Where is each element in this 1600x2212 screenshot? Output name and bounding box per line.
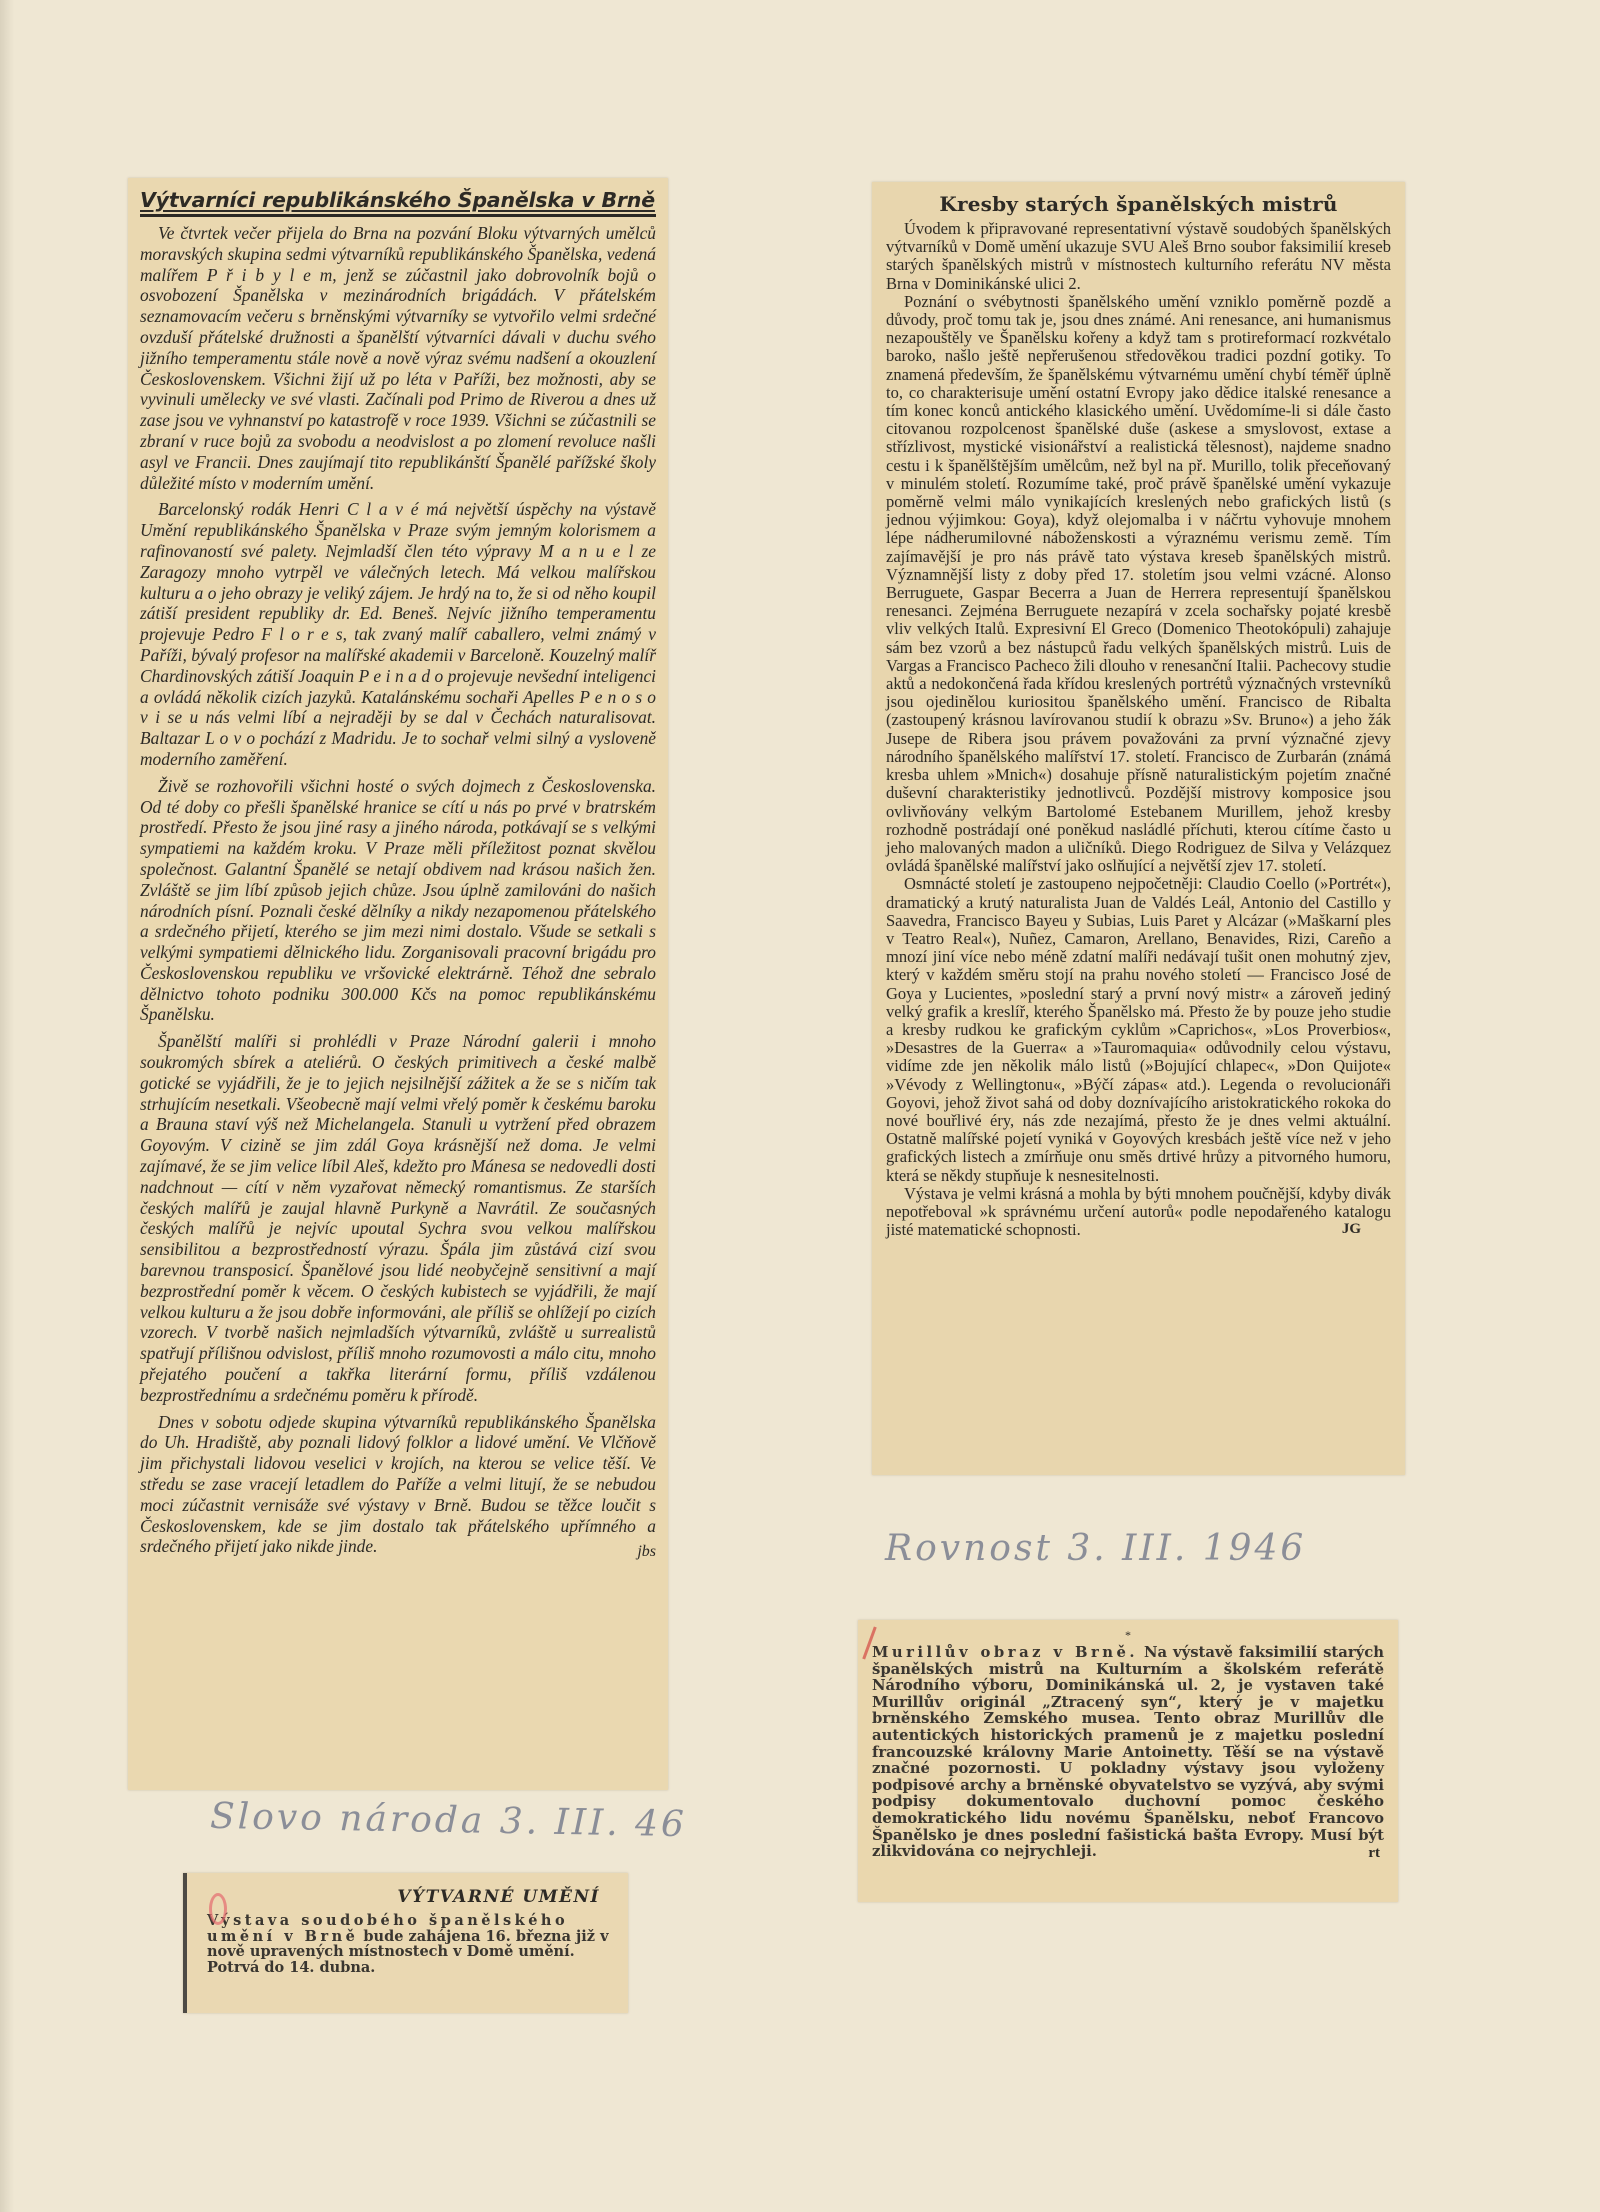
left-article-paragraph: Barcelonský rodák Henri C l a v é má nej… xyxy=(140,499,656,769)
red-pencil-mark-icon xyxy=(209,1893,227,1925)
small-clipping-headline: VÝTVARNÉ UMĚNÍ xyxy=(207,1887,600,1907)
left-article-paragraph: Živě se rozhovořili všichni hosté o svýc… xyxy=(140,776,656,1026)
right-article-headline: Kresby starých španělských mistrů xyxy=(886,192,1391,216)
right-article-paragraph: Osmnácté století je zastoupeno nejpočetn… xyxy=(886,875,1391,1184)
right-article-body: Úvodem k připravované representativní vý… xyxy=(886,220,1391,1239)
handwritten-source-slovo-naroda: Slovo národa 3. III. 46 xyxy=(210,1796,688,1845)
murillo-body: Murillův obraz v Brně. Na výstavě faksim… xyxy=(872,1645,1384,1861)
murillo-lead: Murillův obraz v Brně. xyxy=(872,1644,1138,1661)
separator-asterisk: * xyxy=(872,1628,1384,1643)
left-article-body: Ve čtvrtek večer přijela do Brna na pozv… xyxy=(140,223,656,1557)
small-clipping-body: Výstava soudobého španělského umění v Br… xyxy=(207,1913,618,1975)
left-article-paragraph: Španělští malíři si prohlédli v Praze Ná… xyxy=(140,1031,656,1405)
left-article-paragraph: Ve čtvrtek večer přijela do Brna na pozv… xyxy=(140,223,656,493)
clipping-left-article: Výtvarníci republikánského Španělska v B… xyxy=(128,178,668,1790)
murillo-text: Na výstavě faksimilií starých španělskýc… xyxy=(872,1644,1384,1860)
page-edge xyxy=(0,0,14,2212)
left-article-headline: Výtvarníci republikánského Španělska v B… xyxy=(140,188,656,217)
right-article-paragraph: Poznání o svébytnosti španělského umění … xyxy=(886,293,1391,876)
clipping-vytvarne-umeni: VÝTVARNÉ UMĚNÍ Výstava soudobého španěls… xyxy=(183,1873,628,2013)
handwritten-source-rovnost: Rovnost 3. III. 1946 xyxy=(885,1528,1306,1569)
clipping-right-article: Kresby starých španělských mistrů Úvodem… xyxy=(872,182,1405,1475)
right-article-paragraph: Úvodem k připravované representativní vý… xyxy=(886,220,1391,293)
left-article-paragraph: Dnes v sobotu odjede skupina výtvarníků … xyxy=(140,1412,656,1558)
clipping-murillo: * Murillův obraz v Brně. Na výstavě faks… xyxy=(858,1620,1398,1902)
